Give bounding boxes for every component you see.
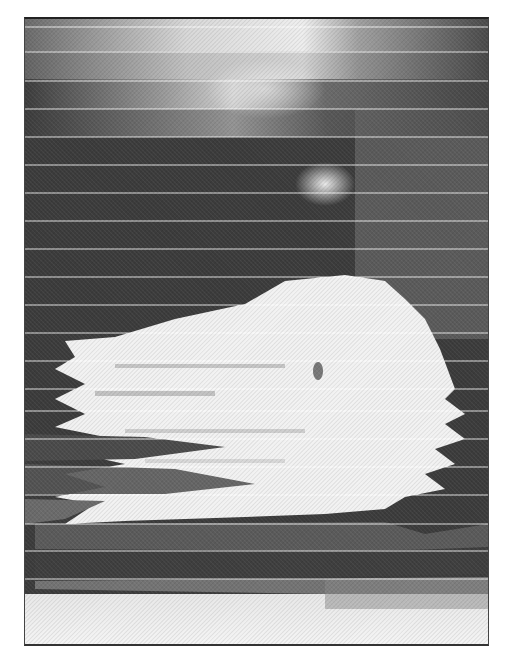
halftone-photograph <box>24 17 489 646</box>
photo-content <box>25 19 488 644</box>
